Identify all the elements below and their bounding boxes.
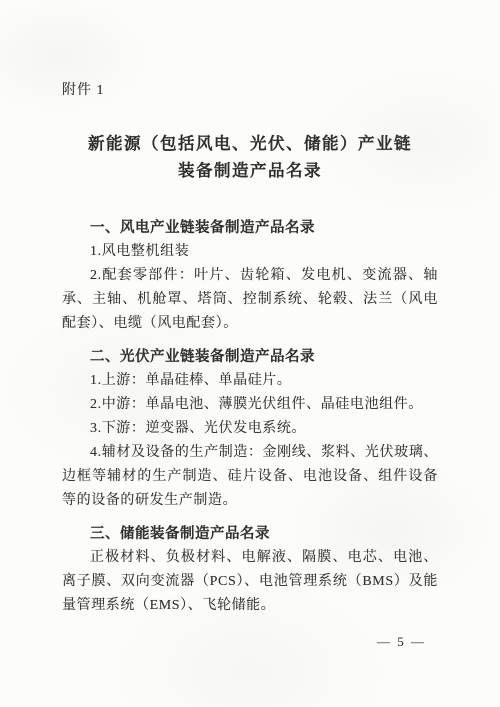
paragraph-pv-upstream: 1.上游：单晶硅棒、单晶硅片。	[62, 369, 438, 393]
page-number: — 5 —	[377, 634, 426, 650]
section-heading-wind: 一、风电产业链装备制造产品名录	[62, 216, 438, 240]
attachment-label: 附件 1	[62, 82, 438, 100]
paragraph-wind-components: 2.配套零部件：叶片、齿轮箱、发电机、变流器、轴承、主轴、机舱罩、塔筒、控制系统…	[62, 264, 438, 336]
paragraph-storage-materials: 正极材料、负极材料、电解液、隔膜、电芯、电池、离子膜、双向变流器（PCS）、电池…	[62, 546, 438, 618]
document-title-line2: 装备制造产品名录	[62, 157, 438, 184]
section-wind-power: 一、风电产业链装备制造产品名录 1.风电整机组装 2.配套零部件：叶片、齿轮箱、…	[62, 216, 438, 336]
paragraph-pv-downstream: 3.下游：逆变器、光伏发电系统。	[62, 417, 438, 441]
section-heading-energy-storage: 三、储能装备制造产品名录	[62, 522, 438, 546]
document-title-line1: 新能源（包括风电、光伏、储能）产业链	[62, 130, 438, 157]
section-heading-photovoltaic: 二、光伏产业链装备制造产品名录	[62, 345, 438, 369]
paragraph-pv-auxiliary: 4.辅材及设备的生产制造：金刚线、浆料、光伏玻璃、边框等辅材的生产制造、硅片设备…	[62, 441, 438, 513]
paragraph-pv-midstream: 2.中游：单晶电池、薄膜光伏组件、晶硅电池组件。	[62, 393, 438, 417]
paragraph-wind-assembly: 1.风电整机组装	[62, 240, 438, 264]
section-photovoltaic: 二、光伏产业链装备制造产品名录 1.上游：单晶硅棒、单晶硅片。 2.中游：单晶电…	[62, 345, 438, 513]
document-title: 新能源（包括风电、光伏、储能）产业链 装备制造产品名录	[62, 130, 438, 184]
section-energy-storage: 三、储能装备制造产品名录 正极材料、负极材料、电解液、隔膜、电芯、电池、离子膜、…	[62, 522, 438, 618]
document-page: 附件 1 新能源（包括风电、光伏、储能）产业链 装备制造产品名录 一、风电产业链…	[0, 0, 500, 707]
